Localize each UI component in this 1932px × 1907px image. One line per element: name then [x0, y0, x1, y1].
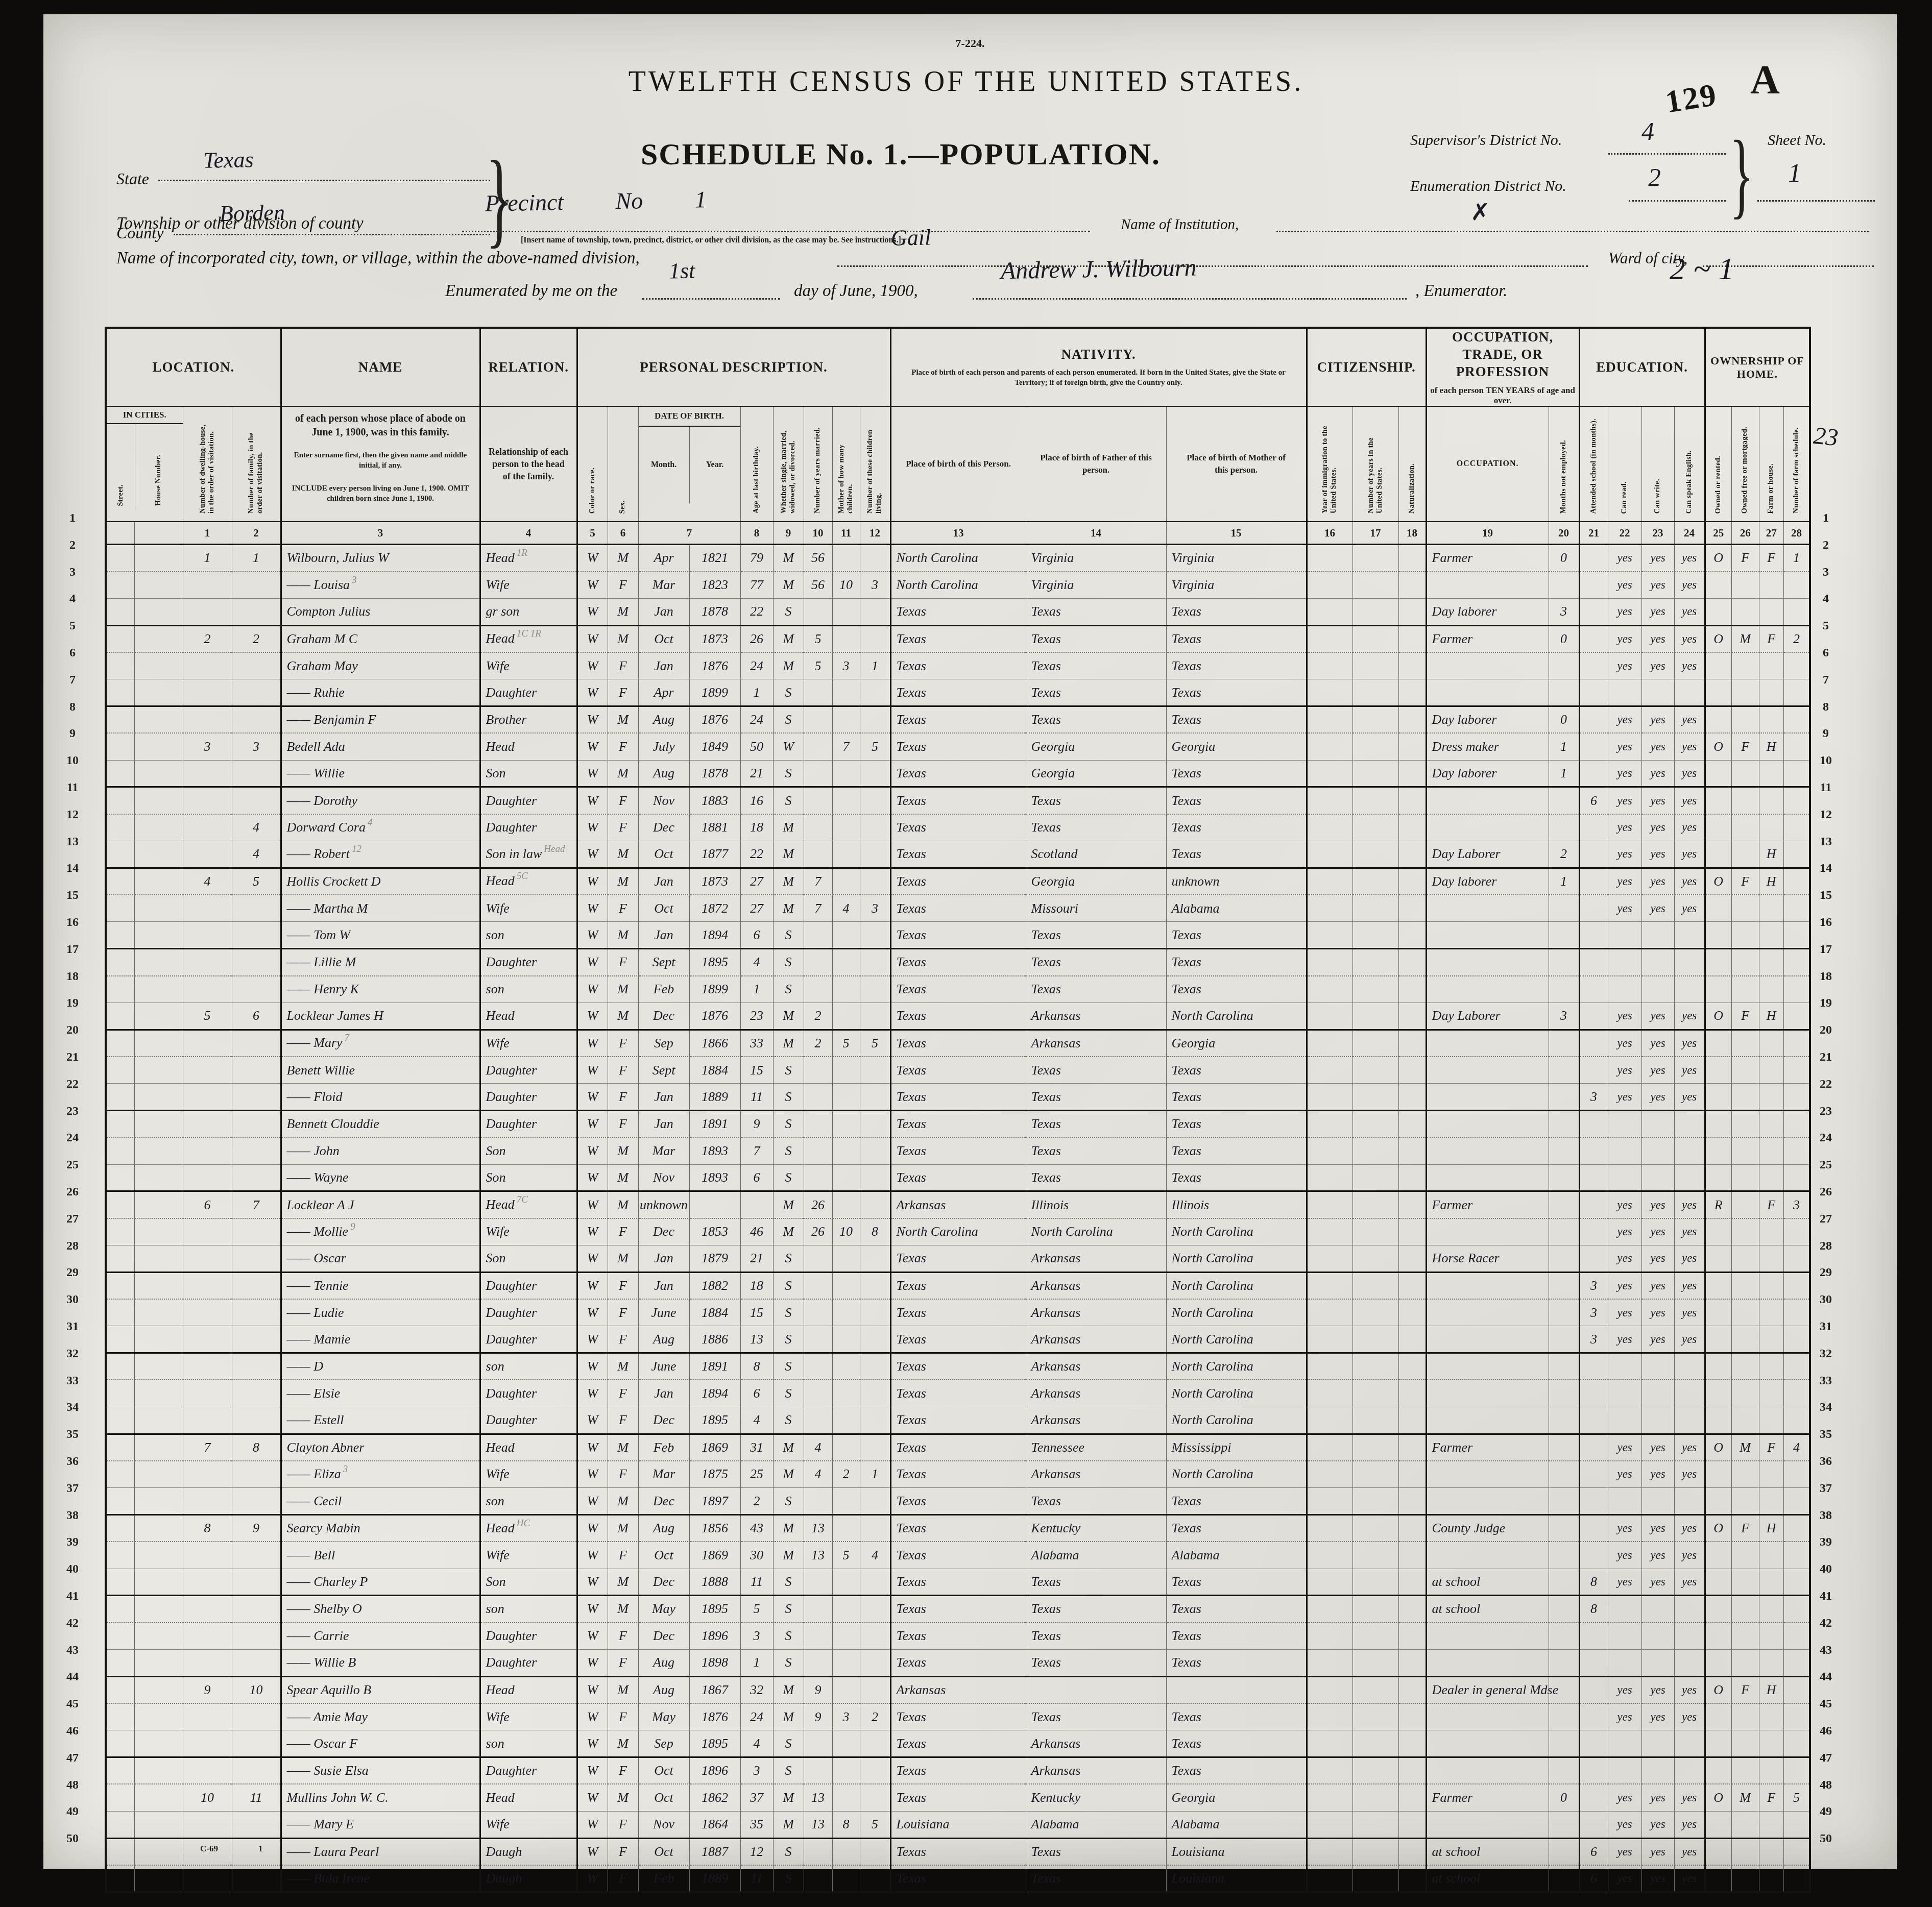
cell-cl	[860, 1003, 890, 1030]
hand-entry: 3	[1590, 1089, 1597, 1104]
hand-entry: 1893	[702, 1143, 728, 1158]
cell-imm	[1307, 733, 1353, 760]
cell-imm	[1307, 1488, 1353, 1515]
cell-fam	[232, 760, 281, 787]
cell-yr: 1882	[689, 1272, 740, 1299]
cell-own	[1705, 922, 1731, 949]
cell-rd: yes	[1608, 1218, 1641, 1245]
cell-own	[1705, 760, 1731, 787]
cell-race: W	[577, 976, 608, 1003]
cell-rd: yes	[1608, 1245, 1641, 1272]
hand-entry: 5	[815, 658, 822, 673]
cell-age: 21	[740, 760, 773, 787]
table-row: —— DorothyDaughterWFNov188316STexasTexas…	[106, 787, 1810, 814]
hand-entry: yes	[1617, 847, 1632, 860]
hand-entry: 0	[1560, 712, 1567, 727]
cell-name: —— Ruhie	[281, 679, 480, 706]
hand-entry: 15	[750, 1063, 763, 1078]
hand-entry: Wife	[486, 1817, 510, 1831]
cell-own: O	[1705, 1434, 1731, 1461]
cell-imm	[1307, 1353, 1353, 1380]
cell-occ	[1426, 1057, 1549, 1084]
cell-occ: Dress maker	[1426, 733, 1549, 760]
hand-entry: —— Tennie	[287, 1278, 349, 1293]
sheet-value: 1	[1788, 158, 1801, 188]
hand-entry: Wife	[486, 658, 510, 673]
cell-wr: yes	[1641, 1461, 1674, 1488]
hand-entry: Texas	[897, 1628, 926, 1643]
cell-pm: Virginia	[1166, 572, 1307, 599]
hand-entry: Jan	[654, 1116, 673, 1131]
line-number: 41	[1814, 1583, 1838, 1610]
cell-own	[1705, 652, 1731, 679]
cell-fh	[1759, 1488, 1783, 1515]
cell-mne	[1549, 1865, 1579, 1892]
hand-entry: 27	[750, 874, 763, 889]
cell-nat	[1398, 1569, 1426, 1596]
cell-wr	[1641, 1649, 1674, 1676]
hand-entry: S	[785, 1143, 792, 1158]
cell-age: 12	[740, 1838, 773, 1865]
label: Can speak English.	[1685, 450, 1694, 514]
cell-name: —— Lillie M	[281, 949, 480, 976]
cell-sex: M	[608, 598, 638, 625]
cell-own	[1705, 572, 1731, 599]
hand-entry: —— Shelby O	[287, 1601, 362, 1616]
cell-mne	[1549, 1461, 1579, 1488]
cell-fh	[1759, 1757, 1783, 1784]
hand-entry: 1888	[702, 1574, 728, 1589]
cell-cl	[860, 1137, 890, 1164]
cell-yus	[1353, 922, 1398, 949]
cell-rel: son	[480, 1730, 577, 1757]
cell-imm	[1307, 895, 1353, 922]
line-number: 19	[60, 990, 85, 1017]
cell-ym	[804, 814, 832, 841]
cell-name: —— Bula Irene	[281, 1865, 480, 1892]
cell-fam	[232, 1488, 281, 1515]
table-row: 910Spear Aquillo BHeadWMAug186732M9Arkan…	[106, 1676, 1810, 1703]
hand-entry: 8	[1590, 1574, 1597, 1589]
cell-rel: Daughter	[480, 1326, 577, 1353]
cell-pm: North Carolina	[1166, 1003, 1307, 1030]
hand-entry: —— John	[287, 1143, 340, 1158]
cell-mc	[832, 1784, 860, 1811]
cell-pm: Texas	[1166, 814, 1307, 841]
hand-entry: F	[619, 739, 627, 754]
cell-sex: F	[608, 787, 638, 814]
cell-fam	[232, 1245, 281, 1272]
hand-entry: 1873	[702, 631, 728, 646]
hand-entry: 1881	[702, 820, 728, 835]
cell-sex: F	[608, 1218, 638, 1245]
cell-sex: F	[608, 949, 638, 976]
hand-entry: 32	[750, 1682, 763, 1697]
cell-fs: 1	[1783, 545, 1810, 572]
cell-sex: M	[608, 545, 638, 572]
hand-entry: yes	[1617, 1225, 1632, 1238]
hand-entry: Daughter	[486, 1628, 537, 1643]
cell-ym	[804, 976, 832, 1003]
hand-entry: M	[1740, 1440, 1751, 1455]
cell-mor	[1731, 814, 1759, 841]
cell-yus	[1353, 545, 1398, 572]
hand-entry: Dec	[653, 1008, 674, 1023]
cell-age: 16	[740, 787, 773, 814]
cell-fs	[1783, 1730, 1810, 1757]
cell-pob: Texas	[890, 760, 1026, 787]
hand-entry: 1882	[702, 1278, 728, 1293]
hand-entry: yes	[1617, 1872, 1632, 1885]
cell-fh: H	[1759, 1676, 1783, 1703]
cell-pob: Texas	[890, 1703, 1026, 1730]
hand-entry: North Carolina	[897, 577, 978, 592]
cell-fh	[1759, 787, 1783, 814]
cell-wr	[1641, 1353, 1674, 1380]
cell-name: —— Mamie	[281, 1326, 480, 1353]
cell-sex: M	[608, 1514, 638, 1542]
hand-entry: 1887	[702, 1844, 728, 1859]
hand-entry: yes	[1617, 578, 1632, 591]
hand-entry: F	[619, 1709, 627, 1724]
cell-street	[106, 1326, 134, 1353]
hand-entry: yes	[1617, 1090, 1632, 1103]
cell-mor	[1731, 1569, 1759, 1596]
col-header-months-not-employed: Months not employed.	[1549, 406, 1579, 522]
hand-entry: yes	[1682, 1872, 1697, 1885]
cell-nat	[1398, 1649, 1426, 1676]
column-number: 28	[1783, 522, 1810, 545]
hand-entry: 1893	[702, 1170, 728, 1185]
cell-street	[106, 679, 134, 706]
hand-entry: yes	[1682, 1468, 1697, 1480]
hand-entry: S	[785, 793, 792, 808]
institution-line	[1276, 231, 1869, 232]
cell-mc	[832, 706, 860, 734]
line-number: 33	[60, 1367, 85, 1395]
cell-yr: 1866	[689, 1030, 740, 1057]
hand-entry: W	[587, 1736, 598, 1751]
cell-sex: F	[608, 814, 638, 841]
hand-entry: W	[587, 658, 598, 673]
hand-entry: County Judge	[1432, 1521, 1506, 1535]
hand-entry: Daughter	[486, 1412, 537, 1427]
hand-entry: W	[587, 793, 598, 808]
cell-pm: North Carolina	[1166, 1461, 1307, 1488]
hand-entry: North Carolina	[897, 1224, 978, 1239]
hand-entry: 1898	[702, 1655, 728, 1670]
cell-occ	[1426, 652, 1549, 679]
hand-entry: M	[617, 927, 629, 942]
hand-entry: Jan	[654, 658, 673, 673]
hand-entry: yes	[1617, 767, 1632, 779]
cell-en: yes	[1674, 1838, 1705, 1865]
cell-mo: Jan	[638, 868, 689, 895]
hand-entry: 8	[754, 1359, 760, 1374]
hand-entry: Arkansas	[1031, 1278, 1081, 1293]
cell-ms: M	[773, 1514, 804, 1542]
cell-sch	[1579, 545, 1608, 572]
cell-wr: yes	[1641, 1434, 1674, 1461]
hand-entry: H	[1767, 846, 1776, 861]
cell-cl	[860, 814, 890, 841]
line-number: 3	[1814, 559, 1838, 586]
cell-age: 15	[740, 1299, 773, 1326]
hand-entry: yes	[1682, 1037, 1697, 1049]
hand-entry: M	[783, 1682, 794, 1697]
cell-mo: Dec	[638, 1003, 689, 1030]
hand-entry: son	[486, 1736, 504, 1751]
cell-nat	[1398, 787, 1426, 814]
hand-entry: F	[619, 658, 627, 673]
hand-entry: M	[617, 712, 629, 727]
cell-mo: Mar	[638, 1137, 689, 1164]
hand-entry: —— Bell	[287, 1548, 335, 1562]
cell-yr: 1895	[689, 949, 740, 976]
cell-nat	[1398, 1703, 1426, 1730]
hand-entry: Dec	[653, 1628, 674, 1643]
cell-name: Benett Willie	[281, 1057, 480, 1084]
cell-mc: 2	[832, 1461, 860, 1488]
line-number: 29	[60, 1259, 85, 1286]
cell-wr	[1641, 1380, 1674, 1407]
line-number: 14	[1814, 855, 1838, 882]
line-number: 27	[1814, 1206, 1838, 1233]
cell-age: 2	[740, 1488, 773, 1515]
hand-entry: Texas	[1172, 712, 1201, 727]
table-row: —— Susie ElsaDaughterWFOct18963STexasArk…	[106, 1757, 1810, 1784]
cell-own	[1705, 1569, 1731, 1596]
table-row: —— DsonWMJune18918STexasArkansasNorth Ca…	[106, 1353, 1810, 1380]
cell-mo: Nov	[638, 1164, 689, 1191]
cell-occ: County Judge	[1426, 1514, 1549, 1542]
enum-date-label: day of June, 1900,	[794, 282, 918, 301]
cell-mc	[832, 868, 860, 895]
cell-name: Clayton Abner	[281, 1434, 480, 1461]
line-number: 30	[60, 1286, 85, 1313]
cell-pf: Arkansas	[1026, 1380, 1166, 1407]
hand-entry: 1849	[702, 739, 728, 754]
cell-race: W	[577, 1407, 608, 1434]
hand-entry: yes	[1650, 632, 1665, 645]
cell-pm: Texas	[1166, 1084, 1307, 1111]
cell-own	[1705, 679, 1731, 706]
hand-entry: 1866	[702, 1036, 728, 1050]
hand-entry: F	[1741, 739, 1749, 754]
hand-entry: Texas	[897, 1655, 926, 1670]
line-number: 25	[60, 1152, 85, 1179]
cell-sch	[1579, 706, 1608, 734]
hand-entry: W	[587, 1278, 598, 1293]
hand-entry: Texas	[1172, 793, 1201, 808]
hand-entry: —— Wayne	[287, 1170, 349, 1185]
cell-fam	[232, 1703, 281, 1730]
cell-ms: M	[773, 814, 804, 841]
cell-fh	[1759, 760, 1783, 787]
cell-house	[134, 760, 183, 787]
cell-nat	[1398, 868, 1426, 895]
cell-occ	[1426, 1811, 1549, 1838]
cell-yus	[1353, 1514, 1398, 1542]
cell-en: yes	[1674, 1272, 1705, 1299]
hand-entry: M	[783, 631, 794, 646]
cell-fh: H	[1759, 841, 1783, 868]
cell-cl	[860, 1434, 890, 1461]
cell-dw	[183, 1596, 232, 1623]
cell-mc	[832, 1380, 860, 1407]
cell-mor	[1731, 841, 1759, 868]
table-row: —— Tom WsonWMJan18946STexasTexasTexas	[106, 922, 1810, 949]
hand-entry: yes	[1682, 1710, 1697, 1723]
hand-entry: Louisiana	[1172, 1844, 1225, 1859]
cell-own	[1705, 1245, 1731, 1272]
cell-pf: Kentucky	[1026, 1514, 1166, 1542]
cell-nat	[1398, 1353, 1426, 1380]
hand-entry: W	[587, 820, 598, 835]
hand-entry: 5	[1793, 1790, 1800, 1805]
cell-yr: 1869	[689, 1542, 740, 1569]
label: Naturalization.	[1408, 463, 1416, 514]
line-number: 4	[60, 585, 85, 613]
cell-pm: Texas	[1166, 841, 1307, 868]
cell-pf: Alabama	[1026, 1542, 1166, 1569]
table-row: —— Mollie9WifeWFDec185346M26108North Car…	[106, 1218, 1810, 1245]
line-number: 22	[60, 1071, 85, 1098]
hand-entry: Alabama	[1172, 1548, 1220, 1562]
hand-entry: yes	[1617, 1441, 1632, 1454]
col-header-dwelling-number: Number of dwelling-house, in the order o…	[183, 406, 232, 522]
line-number: 28	[1814, 1233, 1838, 1260]
cell-rel: Daughter	[480, 1649, 577, 1676]
cell-race: W	[577, 1542, 608, 1569]
hand-entry: Texas	[897, 1251, 926, 1265]
cell-mne	[1549, 1542, 1579, 1569]
cell-yus	[1353, 1003, 1398, 1030]
cell-occ	[1426, 1542, 1549, 1569]
cell-race: W	[577, 545, 608, 572]
line-number: 34	[60, 1394, 85, 1421]
cell-mor	[1731, 1730, 1759, 1757]
cell-mc: 8	[832, 1811, 860, 1838]
cell-imm	[1307, 1407, 1353, 1434]
hand-entry: 2	[1793, 631, 1800, 646]
table-row: —— CarrieDaughterWFDec18963STexasTexasTe…	[106, 1623, 1810, 1650]
cell-rel: Daughter	[480, 1299, 577, 1326]
cell-pf: Texas	[1026, 1164, 1166, 1191]
cell-cl: 4	[860, 1542, 890, 1569]
hand-entry: Texas	[1031, 1601, 1061, 1616]
cell-sex: F	[608, 1757, 638, 1784]
cell-fam	[232, 1407, 281, 1434]
pencil-mark: 3	[343, 1464, 348, 1475]
hand-entry: Sept	[653, 1063, 675, 1078]
line-number: 37	[60, 1475, 85, 1502]
hand-entry: 5	[843, 1548, 850, 1562]
cell-age: 9	[740, 1110, 773, 1137]
hand-entry: W	[587, 901, 598, 916]
cell-mor: F	[1731, 733, 1759, 760]
cell-fam	[232, 1353, 281, 1380]
cell-yus	[1353, 1569, 1398, 1596]
hand-entry: Georgia	[1172, 1036, 1216, 1050]
cell-pf: Texas	[1026, 1137, 1166, 1164]
cell-street	[106, 895, 134, 922]
hand-entry: Jan	[654, 927, 673, 942]
hand-entry: Locklear A J	[287, 1197, 354, 1212]
cell-ms: S	[773, 1110, 804, 1137]
hand-entry: M	[783, 1548, 794, 1562]
hand-entry: yes	[1682, 659, 1697, 672]
hand-entry: Texas	[1172, 1763, 1201, 1778]
cell-pm: Texas	[1166, 1057, 1307, 1084]
hand-entry: Texas	[897, 1440, 926, 1455]
col-header-children-living: Number of these children living.	[860, 406, 890, 522]
cell-pf: Georgia	[1026, 868, 1166, 895]
cell-imm	[1307, 1730, 1353, 1757]
cell-pf: Arkansas	[1026, 1326, 1166, 1353]
cell-pob: Texas	[890, 1623, 1026, 1650]
cell-imm	[1307, 1272, 1353, 1299]
column-number: 1	[183, 522, 232, 545]
cell-rel: Head	[480, 1784, 577, 1811]
cell-yus	[1353, 1488, 1398, 1515]
hand-entry: Kentucky	[1031, 1521, 1081, 1535]
cell-dw	[183, 1299, 232, 1326]
cell-rel: son	[480, 1596, 577, 1623]
cell-house	[134, 1434, 183, 1461]
cell-rd: yes	[1608, 1326, 1641, 1353]
hand-entry: Day Laborer	[1432, 1008, 1501, 1023]
cell-name: —— Robert12	[281, 841, 480, 868]
hand-entry: M	[783, 1036, 794, 1050]
cell-race: W	[577, 1461, 608, 1488]
cell-mo: Jan	[638, 922, 689, 949]
hand-entry: F	[1741, 1682, 1749, 1697]
cell-dw	[183, 814, 232, 841]
line-number: 6	[60, 640, 85, 667]
hand-entry: Texas	[1172, 1736, 1201, 1751]
hand-entry: M	[617, 1440, 629, 1455]
cell-wr: yes	[1641, 1191, 1674, 1218]
hand-entry: Head	[486, 739, 515, 754]
cell-fh: F	[1759, 625, 1783, 652]
cell-race: W	[577, 1272, 608, 1299]
cell-en: yes	[1674, 814, 1705, 841]
hand-entry: Horse Racer	[1432, 1251, 1500, 1265]
table-row: —— Henry KsonWMFeb18991STexasTexasTexas	[106, 976, 1810, 1003]
hand-entry: Daughter	[486, 1089, 537, 1104]
hand-entry: —— Ludie	[287, 1305, 344, 1320]
cell-mo: July	[638, 733, 689, 760]
cell-fam	[232, 949, 281, 976]
cell-yr: 1869	[689, 1434, 740, 1461]
institution-label: Name of Institution,	[1121, 216, 1239, 233]
cell-sch	[1579, 1353, 1608, 1380]
cell-mor	[1731, 1084, 1759, 1111]
cell-mne: 0	[1549, 706, 1579, 734]
hand-entry: Texas	[897, 955, 926, 969]
cell-yr: 1853	[689, 1218, 740, 1245]
cell-fh	[1759, 814, 1783, 841]
hand-entry: Texas	[897, 1466, 926, 1481]
group-title: NAME	[358, 359, 403, 375]
hand-entry: Daugh	[486, 1844, 522, 1859]
cell-mor	[1731, 598, 1759, 625]
cell-pm: Texas	[1166, 787, 1307, 814]
cell-wr	[1641, 949, 1674, 976]
line-number: 22	[1814, 1071, 1838, 1098]
hand-entry: O	[1713, 1008, 1723, 1023]
